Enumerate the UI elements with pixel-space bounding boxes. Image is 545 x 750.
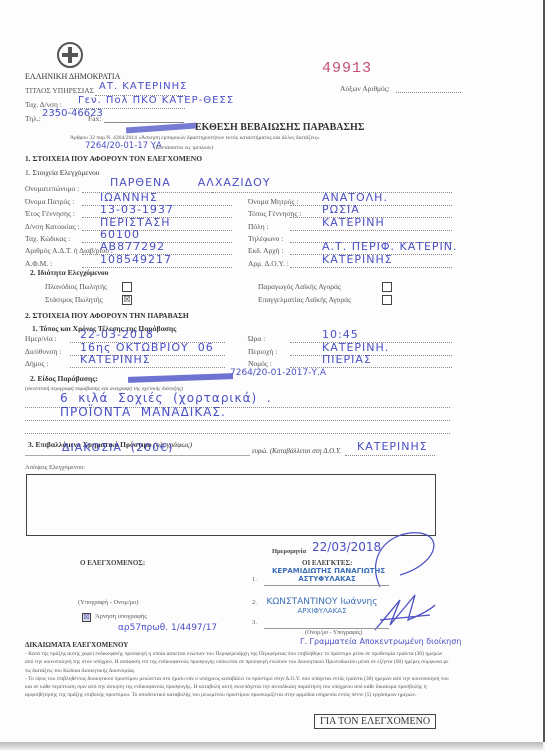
currency-payable: ευρώ. (Καταβάλλεται στη Δ.Ο.Υ. bbox=[252, 447, 341, 455]
violation-description-2: ΠΡΟΪΟΝΤΑ ΜΑΝΑΔΙΚΑΣ. bbox=[60, 405, 226, 419]
copies-note: (Συντάσσεται εις τριπλούν) bbox=[154, 145, 213, 151]
violation-reference: 7264/20-01-2017-Υ.Α bbox=[230, 368, 326, 378]
person-left-field-value-1: ΙΩΑΝΝΗΣ bbox=[100, 191, 158, 204]
person-right-field-label-4: Τηλέφωνο : bbox=[248, 234, 283, 243]
fullname-value: ΠΑΡΘΕΝΑ ΑΛΧΑΖΙΔΟΥ bbox=[110, 176, 271, 189]
service-value: ΑΤ. ΚΑΤΕΡΙΝΗΣ bbox=[99, 81, 187, 92]
controller-1-line bbox=[264, 585, 389, 586]
violation-left-field-label-1: Ημερ/νία : bbox=[25, 334, 57, 343]
violation-right-field-value-2: ΚΑΤΕΡΙΝΗ. bbox=[322, 341, 389, 354]
violation-description-1: 6 κιλά Σοχιές (χορταρικά) . bbox=[60, 391, 272, 405]
controller-2-rank: ΑΡΧΙΦΥΛΑΚΑΣ bbox=[262, 607, 382, 615]
person-right-field-label-3: Πόλη : bbox=[248, 222, 269, 231]
violation-left-field-value-1: 22-03-2018 bbox=[80, 328, 154, 341]
capacity-itinerant-checkbox[interactable] bbox=[122, 282, 132, 292]
person-right-field-label-5: Εκδ. Αρχή : bbox=[248, 246, 283, 255]
person-right-field-label-6: Αρμ. Δ.Ο.Υ. : bbox=[248, 259, 289, 268]
controller-2-stamp: ΚΩΝΣΤΑΝΤΙΝΟΥ ΙωάννηςΑΡΧΙΦΥΛΑΚΑΣ bbox=[262, 597, 382, 615]
person-left-field-label-4: Ταχ. Κώδικας : bbox=[25, 234, 70, 243]
views-label: Απόψεις Ελεγχόμενου: bbox=[25, 464, 85, 471]
person-right-field-value-2: ΡΩΣΙΑ bbox=[322, 203, 360, 216]
controller-1-stamp: ΚΕΡΑΜΙΔΙΩΤΗΣ ΠΑΝΑΓΙΩΤΗΣΑΣΤΥΦΥΛΑΚΑΣ bbox=[272, 567, 382, 583]
section1-sub2-title: 2. Ιδιότητα Ελεγχόμενου bbox=[30, 268, 108, 277]
violation-left-field-label-3: Δήμος : bbox=[25, 359, 48, 368]
fullname-label: Ονοματεπώνυμο : bbox=[25, 184, 79, 193]
capacity-stationary-label: Στάσιμος Πωλητής bbox=[45, 295, 103, 304]
capacity-professional-label: Επαγγελματίας Λαϊκής Αγοράς bbox=[258, 295, 351, 304]
rights-paragraph-1: - Κατά της πράξης αυτής χωρεί ενδικοφανή… bbox=[25, 650, 450, 675]
protocol-handwritten: αρ57πρωθ. 1/4497/17 bbox=[118, 623, 217, 633]
controller-2-number: 2. bbox=[252, 599, 257, 606]
controllers-signature-label: (Ονομ/μο - Υπογραφές) bbox=[305, 630, 362, 636]
serial-label: Αύξων Αριθμός: bbox=[340, 84, 390, 93]
section1-title: 1. ΣΤΟΙΧΕΙΑ ΠΟΥ ΑΦΟΡΟΥΝ ΤΟΝ ΕΛΕΓΧΟΜΕΝΟ bbox=[25, 154, 202, 163]
person-right-field-value-3: ΚΑΤΕΡΙΝΗ bbox=[322, 216, 385, 229]
violation-left-field-line-3 bbox=[70, 367, 225, 368]
violation-right-field-value-1: 10:45 bbox=[322, 328, 359, 341]
capacity-producer-label: Παραγωγός Λαϊκής Αγοράς bbox=[258, 282, 341, 291]
person-left-field-label-6: Α.Φ.Μ. : bbox=[25, 259, 52, 268]
refusal-label: Άρνηση υπογραφής bbox=[95, 613, 147, 620]
controller-3-number: 3. bbox=[252, 619, 257, 626]
person-left-field-label-3: Δ/νση Κατοικίας : bbox=[25, 222, 80, 231]
capacity-itinerant-label: Πλανόδιος Πωλητής bbox=[45, 282, 107, 291]
person-right-field-line-3 bbox=[290, 230, 452, 231]
country-label: ΕΛΛΗΝΙΚΗ ΔΗΜΟΚΡΑΤΙΑ bbox=[25, 72, 120, 81]
capacity-stationary-checkbox[interactable]: ☒ bbox=[122, 295, 132, 305]
handwritten-reference: 7264/20-01-17 ΥΑ bbox=[85, 141, 162, 151]
fax-line bbox=[104, 122, 184, 123]
address-value: Γεν. Πολ ΠΚΟ ΚΑΤΕΡ-ΘΕΣΣ bbox=[78, 95, 234, 106]
violation-left-field-value-3: ΚΑΤΕΡΙΝΗΣ bbox=[80, 353, 151, 366]
rights-paragraph-2: - Το ύψος του επιβληθέντος διοικητικού π… bbox=[25, 675, 450, 700]
violation-line-3 bbox=[25, 433, 450, 434]
currency-label: ευρώ. bbox=[252, 447, 268, 455]
capacity-producer-checkbox[interactable] bbox=[382, 282, 392, 292]
controller-1-name: ΚΕΡΑΜΙΔΙΩΤΗΣ ΠΑΝΑΓΙΩΤΗΣ bbox=[272, 567, 382, 575]
controller-3-line bbox=[264, 628, 389, 629]
person-left-field-label-1: Όνομα Πατρός : bbox=[25, 197, 74, 206]
person-left-field-value-4: 60100 bbox=[100, 228, 140, 241]
person-left-field-value-5: ΑΒ877292 bbox=[100, 240, 165, 253]
controller-1-rank: ΑΣΤΥΦΥΛΑΚΑΣ bbox=[272, 575, 382, 583]
person-left-field-value-2: 13-03-1937 bbox=[100, 203, 174, 216]
controller-1-number: 1. bbox=[252, 576, 257, 583]
rights-title: ΔΙΚΑΙΩΜΑΤΑ ΕΛΕΓΧΟΜΕΝΟΥ bbox=[25, 641, 128, 649]
fine-value: ΔΙΑΚΟΣΙΑ (200€) bbox=[62, 441, 173, 454]
violation-line-2 bbox=[25, 420, 450, 421]
violation-right-field-label-1: Ώρα : bbox=[248, 334, 265, 343]
person-right-field-value-1: ΑΝΑΤΟΛΗ. bbox=[322, 191, 388, 204]
handwritten-note: Γ. Γραμματεία Αποκεντρωμένη διοίκηση bbox=[300, 637, 461, 646]
payable-line bbox=[345, 455, 435, 456]
capacity-professional-checkbox[interactable] bbox=[382, 295, 392, 305]
rights-text: - Κατά της πράξης αυτής χωρεί ενδικοφανή… bbox=[25, 650, 450, 700]
person-left-field-label-2: Έτος Γέννησης : bbox=[25, 209, 75, 218]
copy-for-controlled-label: ΓΙΑ ΤΟΝ ΕΛΕΓΧΟΜΕΝΟ bbox=[314, 714, 436, 729]
refusal-checkbox[interactable]: ☒ bbox=[82, 613, 91, 622]
person-right-field-value-5: Α.Τ. ΠΕΡΙΦ. ΚΑΤΕΡΙΝ. bbox=[322, 240, 458, 253]
coat-of-arms-icon bbox=[57, 42, 83, 68]
violation-left-field-value-2: 16ης ΟΚΤΩΒΡΙΟΥ 06 bbox=[80, 341, 214, 354]
person-left-field-value-6: 108549217 bbox=[100, 253, 172, 266]
person-right-field-line-1 bbox=[290, 205, 452, 206]
payable-label: (Καταβάλλεται στη Δ.Ο.Υ. bbox=[270, 447, 341, 455]
phone-label: Τηλ.: bbox=[25, 114, 41, 123]
person-left-field-value-3: ΠΕΡΙΣΤΑΣΗ bbox=[100, 216, 171, 229]
violation-left-field-label-2: Διεύθυνση : bbox=[25, 347, 61, 356]
section1-sub1-title: 1. Στοιχεία Ελεγχόμενου bbox=[25, 168, 99, 177]
serial-line bbox=[396, 92, 461, 93]
payable-value: ΚΑΤΕΡΙΝΗΣ bbox=[357, 440, 428, 453]
scribble-strikeout-2 bbox=[128, 373, 233, 383]
controlled-title: Ο ΕΛΕΓΧΟΜΕΝΟΣ: bbox=[80, 559, 145, 567]
date-label: Ημερομηνία bbox=[272, 548, 306, 555]
controllers-title: ΟΙ ΕΛΕΓΚΤΕΣ: bbox=[302, 559, 352, 567]
controller-2-name: ΚΩΝΣΤΑΝΤΙΝΟΥ Ιωάννης bbox=[262, 597, 382, 607]
document-title: ΕΚΘΕΣΗ ΒΕΒΑΙΩΣΗΣ ΠΑΡΑΒΑΣΗΣ bbox=[195, 122, 364, 133]
violation-report-page: 49913 Αύξων Αριθμός: ΕΛΛΗΝΙΚΗ ΔΗΜΟΚΡΑΤΙΑ… bbox=[0, 0, 545, 742]
section2-title: 2. ΣΤΟΙΧΕΙΑ ΠΟΥ ΑΦΟΡΟΥΝ ΤΗΝ ΠΑΡΑΒΑΣΗ bbox=[25, 311, 189, 320]
serial-number: 49913 bbox=[322, 60, 372, 77]
controlled-signature-label: (Υπογραφή - Ονομ/μο) bbox=[78, 599, 139, 606]
fax-label: Fax: bbox=[88, 114, 101, 123]
violation-right-field-label-3: Νομός : bbox=[248, 359, 272, 368]
person-right-field-line-6 bbox=[290, 267, 452, 268]
fine-line bbox=[25, 455, 250, 456]
person-right-field-value-6: ΚΑΤΕΡΙΝΗΣ bbox=[322, 253, 393, 266]
violation-right-field-label-2: Περιοχή : bbox=[248, 347, 277, 356]
violation-right-field-value-3: ΠΙΕΡΙΑΣ bbox=[322, 353, 372, 366]
scribble-strikeout bbox=[126, 123, 196, 134]
service-label: ΤΙΤΛΟΣ ΥΠΗΡΕΣΙΑΣ bbox=[25, 86, 94, 95]
section2-sub2-title: 2. Είδος Παράβασης: bbox=[30, 374, 98, 383]
